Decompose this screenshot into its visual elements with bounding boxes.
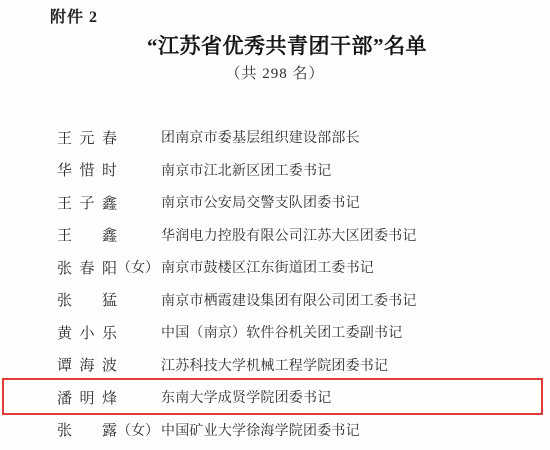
person-name: 王 鑫 — [57, 224, 117, 245]
person-name: 潘明烽 — [57, 387, 117, 408]
person-position: 华润电力控股有限公司江苏大区团委书记 — [161, 225, 417, 245]
gender-note: （女） — [117, 257, 161, 277]
list-row: 华惜时 南京市江北新区团工委书记 — [57, 154, 550, 187]
list-row: 张春阳 （女） 南京市鼓楼区江东街道团工委书记 — [57, 251, 550, 284]
person-position: 中国矿业大学徐海学院团委书记 — [161, 420, 360, 440]
person-position: 江苏科技大学机械工程学院团委书记 — [161, 355, 388, 375]
list-row: 谭海波 江苏科技大学机械工程学院团委书记 — [57, 349, 550, 382]
person-position: 南京市鼓楼区江东街道团工委书记 — [161, 257, 374, 277]
person-position: 南京市公安局交警支队团委书记 — [161, 192, 360, 212]
name-list: 王元春 团南京市委基层组织建设部部长 华惜时 南京市江北新区团工委书记 王子鑫 … — [57, 121, 550, 446]
person-position: 中国（南京）软件谷机关团工委副书记 — [161, 322, 402, 342]
document-title: “江苏省优秀共青团干部”名单 — [12, 30, 550, 60]
person-name: 王元春 — [57, 127, 117, 148]
person-name: 华惜时 — [57, 159, 117, 180]
person-name: 张 露 — [57, 419, 117, 440]
document-page: 附件 2 “江苏省优秀共青团干部”名单 （共 298 名） 王元春 团南京市委基… — [0, 0, 550, 450]
list-row: 潘明烽 东南大学成贤学院团委书记 — [57, 381, 550, 414]
list-row: 王 鑫 华润电力控股有限公司江苏大区团委书记 — [57, 219, 550, 252]
person-name: 王子鑫 — [57, 192, 117, 213]
person-position: 东南大学成贤学院团委书记 — [161, 387, 331, 407]
list-row: 张 猛 南京市栖霞建设集团有限公司团工委书记 — [57, 284, 550, 317]
list-row: 黄小乐 中国（南京）软件谷机关团工委副书记 — [57, 316, 550, 349]
person-name: 张春阳 — [57, 257, 117, 278]
gender-note: （女） — [117, 420, 161, 440]
list-row: 张 露 （女） 中国矿业大学徐海学院团委书记 — [57, 414, 550, 447]
person-name: 黄小乐 — [57, 322, 117, 343]
person-position: 团南京市委基层组织建设部部长 — [161, 127, 360, 147]
document-subtitle: （共 298 名） — [0, 62, 550, 83]
list-row: 王子鑫 南京市公安局交警支队团委书记 — [57, 186, 550, 219]
person-name: 张 猛 — [57, 289, 117, 310]
attachment-label: 附件 2 — [50, 4, 98, 27]
person-position: 南京市栖霞建设集团有限公司团工委书记 — [161, 290, 417, 310]
list-row: 王元春 团南京市委基层组织建设部部长 — [57, 121, 550, 154]
person-name: 谭海波 — [57, 354, 117, 375]
person-position: 南京市江北新区团工委书记 — [161, 160, 331, 180]
